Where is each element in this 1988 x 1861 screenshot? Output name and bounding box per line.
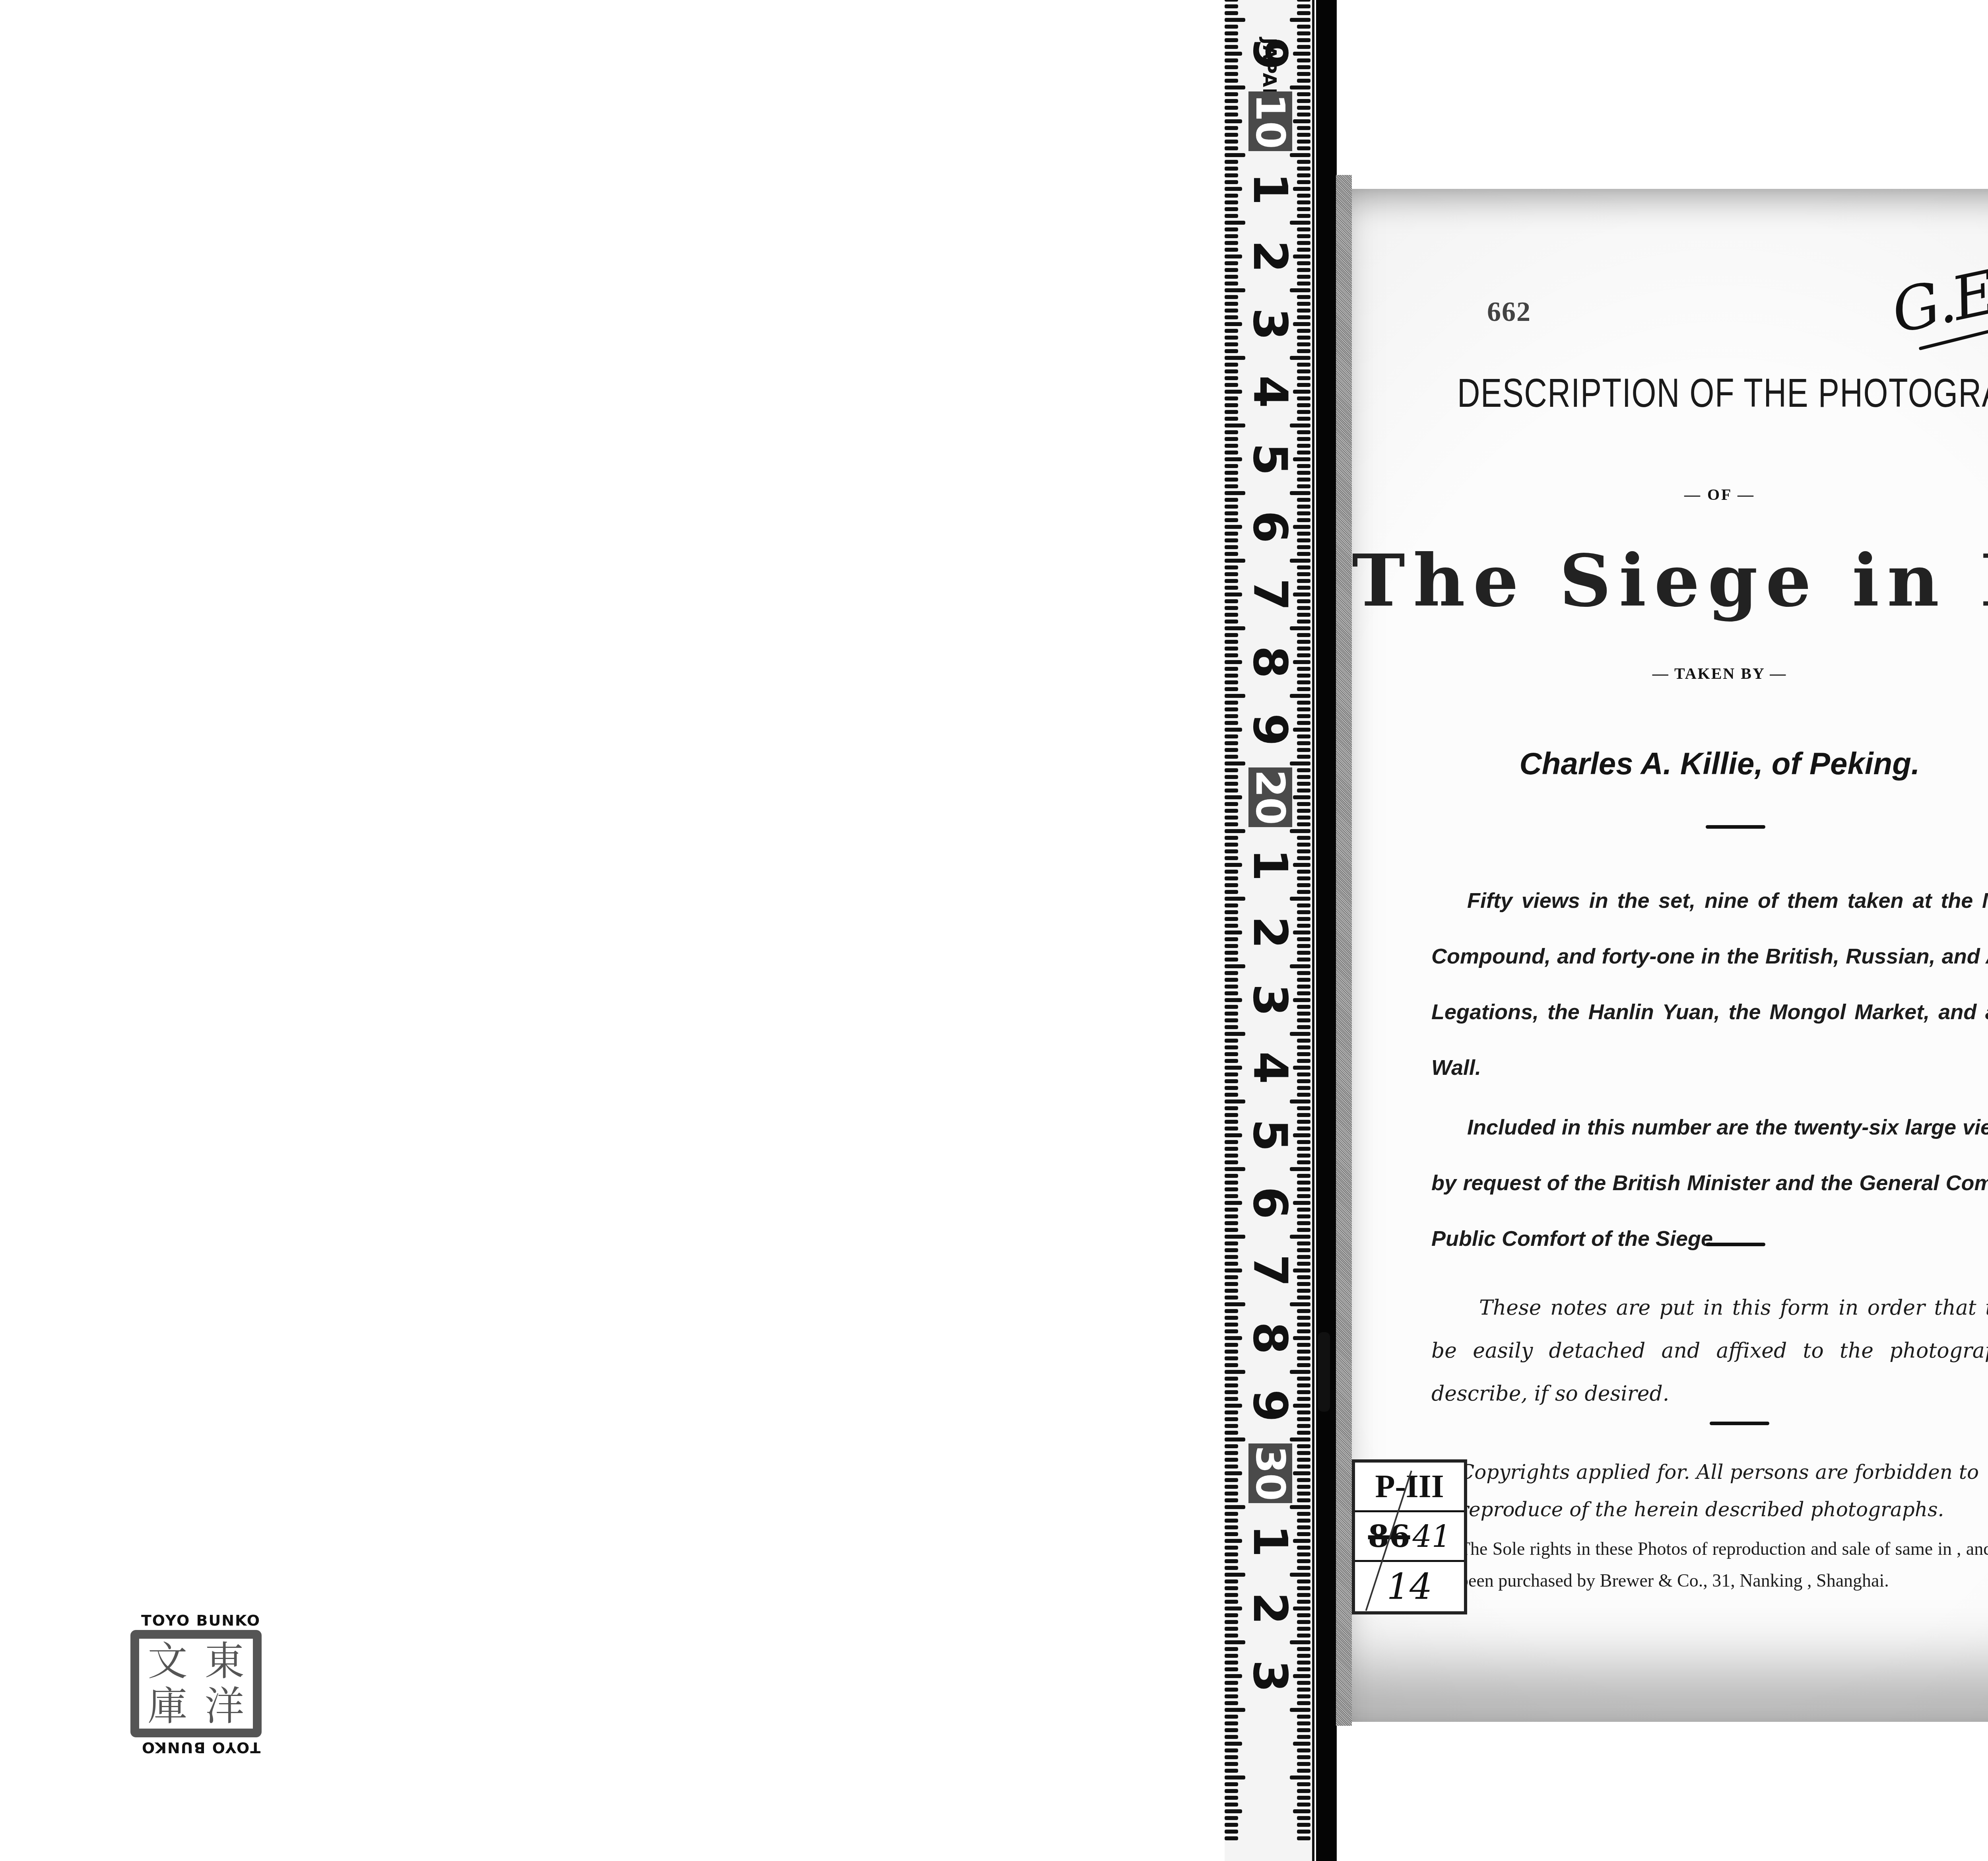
ruler-tick — [1297, 1525, 1310, 1529]
ruler-tick — [1297, 1627, 1310, 1631]
ruler-tick — [1225, 1187, 1238, 1191]
ruler-tick — [1297, 309, 1310, 313]
toyo-bunko-stamp-bottom-left: TOYO BUNKO 文 東 庫 洋 TOYO BUNKO — [127, 1612, 274, 1756]
ruler-tick — [1225, 99, 1238, 103]
ruler-tick — [1297, 1701, 1310, 1705]
ruler-tick — [1297, 451, 1310, 455]
ruler-tick — [1225, 545, 1238, 549]
ruler-tick — [1297, 775, 1310, 779]
ruler-tick — [1225, 1214, 1238, 1218]
ruler-tick — [1297, 680, 1310, 684]
ruler-tick — [1225, 1262, 1238, 1266]
ruler-tick — [1225, 1796, 1238, 1800]
handwritten-signature: G.E. Morrison — [1886, 195, 1988, 347]
ruler-tick — [1225, 1512, 1238, 1516]
ruler-tick — [1225, 430, 1238, 434]
ruler-tick — [1225, 971, 1238, 975]
ruler-tick — [1297, 241, 1310, 245]
ruler-tick — [1225, 1458, 1238, 1462]
ruler-tick — [1225, 1194, 1238, 1198]
ruler-tick — [1225, 836, 1238, 840]
ruler-tick — [1225, 1329, 1238, 1333]
ruler-tick — [1297, 31, 1310, 35]
ruler-tick — [1225, 1201, 1242, 1205]
ruler-tick — [1297, 1796, 1310, 1800]
ruler-tick — [1225, 1735, 1238, 1739]
ruler-tick — [1225, 254, 1242, 258]
ruler-tick — [1225, 802, 1238, 806]
page-heading: DESCRIPTION OF THE PHOTOGRAPHS — [1457, 370, 1988, 416]
ruler-tick — [1225, 221, 1245, 225]
ruler-tick — [1225, 4, 1238, 8]
ruler-tick — [1225, 478, 1238, 482]
ruler-tick — [1225, 1809, 1242, 1813]
ruler-tick — [1225, 1079, 1238, 1083]
ruler-tick — [1297, 822, 1310, 826]
ruler-tick — [1225, 924, 1238, 928]
ruler-tick — [1290, 288, 1310, 292]
ruler-tick — [1297, 25, 1310, 29]
ruler-tick — [1297, 910, 1310, 914]
ruler-tick — [1297, 275, 1310, 279]
ruler-tick — [1225, 620, 1238, 624]
ruler-tick — [1225, 1282, 1238, 1286]
ruler-tick — [1297, 1174, 1310, 1178]
ruler-tick — [1225, 633, 1238, 637]
ruler-tick — [1225, 234, 1238, 238]
ruler-tick — [1225, 11, 1238, 15]
ruler-tick — [1297, 552, 1310, 556]
ruler-tick — [1225, 180, 1238, 184]
ruler-tick — [1225, 1160, 1238, 1164]
ruler-tick — [1225, 207, 1238, 211]
ruler-tick — [1297, 1160, 1310, 1164]
ruler-tick — [1225, 579, 1238, 583]
ruler-tick — [1297, 1762, 1310, 1766]
ruler-tick — [1225, 1708, 1245, 1712]
ruler-tick — [1297, 917, 1310, 921]
ruler-tick — [1297, 511, 1310, 515]
ruler-tick — [1225, 1573, 1245, 1577]
ruler-tick — [1290, 1032, 1310, 1036]
ruler-tick — [1225, 667, 1238, 671]
ruler-tick — [1297, 958, 1310, 962]
description-paragraph: Fifty views in the set, nine of them tak… — [1431, 873, 1988, 1096]
ruler-tick — [1297, 1248, 1310, 1252]
ruler-tick — [1297, 1343, 1310, 1347]
book-spine — [1316, 0, 1337, 1861]
ruler-tick — [1297, 1323, 1310, 1327]
ruler-tick — [1297, 856, 1310, 860]
ruler-tick — [1297, 1728, 1310, 1732]
ruler-tick — [1225, 870, 1238, 874]
ruler-tick — [1225, 532, 1238, 536]
ruler-tick — [1297, 1356, 1310, 1360]
ruler-numeral: 6 — [1248, 505, 1292, 549]
ruler-tick — [1225, 241, 1238, 245]
ruler-tick — [1225, 1823, 1238, 1827]
ruler-tick — [1297, 741, 1310, 745]
ruler-numeral: 1 — [1248, 1519, 1292, 1563]
ruler-tick — [1225, 58, 1238, 62]
ruler-tick — [1225, 390, 1242, 394]
ruler-tick — [1297, 261, 1310, 265]
ruler-tick — [1297, 1803, 1310, 1807]
ruler-tick — [1225, 721, 1238, 725]
ruler-tick — [1225, 1836, 1238, 1840]
ruler-tick — [1225, 599, 1238, 603]
ruler-tick — [1297, 1519, 1310, 1523]
ruler-tick — [1297, 1681, 1310, 1685]
of-separator: — OF — — [1352, 485, 1988, 504]
ruler-tick — [1225, 268, 1238, 272]
ruler-tick — [1297, 586, 1310, 590]
ruler-tick — [1297, 1309, 1310, 1313]
ruler-tick — [1297, 707, 1310, 711]
ruler-tick — [1225, 559, 1245, 563]
ruler-numeral: 8 — [1248, 0, 1292, 8]
ruler-tick — [1297, 1214, 1310, 1218]
ruler-tick — [1297, 1721, 1310, 1725]
ruler-tick — [1297, 876, 1310, 880]
ruler-tick — [1297, 1512, 1310, 1516]
ruler-tick — [1297, 1208, 1310, 1212]
ruler-tick — [1297, 647, 1310, 651]
ruler-numeral: 1 — [1248, 843, 1292, 887]
ruler-tick — [1297, 721, 1310, 725]
ruler-tick — [1297, 1613, 1310, 1617]
ruler-tick — [1297, 1181, 1310, 1185]
taken-by-separator: — TAKEN BY — — [1352, 664, 1988, 683]
ruler-tick — [1297, 613, 1310, 617]
ruler-tick — [1297, 1059, 1310, 1063]
ruler-tick — [1297, 1045, 1310, 1049]
ruler-tick — [1225, 227, 1238, 231]
ruler-tick — [1225, 525, 1242, 529]
stamp-kanji: 洋 — [205, 1686, 245, 1726]
ruler-tick — [1297, 1755, 1310, 1759]
ruler-tick — [1297, 369, 1310, 373]
ruler-tick — [1297, 1228, 1310, 1232]
ruler-tick — [1225, 714, 1238, 718]
ruler-tick — [1225, 72, 1238, 76]
ruler-tick — [1290, 221, 1310, 225]
ruler-tick — [1225, 572, 1238, 576]
ruler-tick — [1225, 1005, 1238, 1009]
ruler-tick — [1297, 349, 1310, 353]
ruler-tick — [1290, 423, 1310, 427]
ruler-tick — [1297, 1661, 1310, 1665]
ruler-tick — [1297, 1579, 1310, 1583]
ruler-tick — [1297, 1566, 1310, 1570]
ruler-tick — [1225, 782, 1238, 786]
ruler-tick — [1225, 1404, 1242, 1408]
ruler-tick — [1297, 1478, 1310, 1482]
ruler-tick — [1225, 369, 1238, 373]
page-edge-shadow — [1336, 175, 1352, 1726]
ruler-tick — [1225, 85, 1245, 89]
ruler-tick — [1297, 1600, 1310, 1604]
paragraph-text: These notes are put in this form in orde… — [1431, 1296, 1988, 1406]
ruler-tick — [1225, 383, 1238, 387]
ruler-tick — [1297, 1451, 1310, 1455]
ruler-tick — [1225, 1127, 1238, 1131]
ruler-tick — [1225, 1674, 1242, 1678]
ruler-tick — [1225, 0, 1238, 2]
ruler-tick — [1297, 1025, 1310, 1029]
ruler-tick — [1297, 599, 1310, 603]
ruler-tick — [1297, 194, 1310, 198]
ruler-tick — [1225, 1525, 1238, 1529]
ruler-tick — [1225, 1769, 1238, 1773]
ruler-tick — [1297, 1255, 1310, 1259]
ruler-tick — [1225, 674, 1238, 678]
ruler-tick — [1225, 1269, 1242, 1272]
ruler-numeral: 2 — [1248, 1587, 1292, 1630]
ruler-tick — [1225, 1586, 1238, 1590]
ruler-tick — [1225, 1390, 1238, 1394]
ruler-numeral: 3 — [1248, 978, 1292, 1022]
ruler-tick — [1225, 1694, 1238, 1698]
ruler-tick — [1297, 802, 1310, 806]
ruler-tick — [1297, 437, 1310, 441]
ruler-tick — [1297, 1465, 1310, 1469]
ruler-tick — [1297, 1012, 1310, 1016]
ruler-tick — [1225, 133, 1238, 137]
ruler-tick — [1225, 1296, 1238, 1300]
ruler-numeral: 9 — [1248, 1384, 1292, 1428]
ruler-tick — [1225, 951, 1238, 955]
ruler-numeral: 4 — [1248, 1046, 1292, 1090]
ruler-tick — [1297, 65, 1310, 69]
ruler-tick — [1297, 1417, 1310, 1421]
ruler-numeral: 1 — [1248, 167, 1292, 211]
ruler-tick — [1225, 1776, 1245, 1779]
ruler-tick — [1297, 1194, 1310, 1198]
ruler-tick — [1297, 1688, 1310, 1692]
ruler-tick — [1297, 748, 1310, 752]
ruler-tick — [1225, 816, 1238, 820]
ruler-tick — [1225, 728, 1242, 732]
ruler-tick — [1297, 701, 1310, 705]
ruler-tick — [1225, 761, 1245, 765]
ruler-tick — [1225, 1140, 1238, 1144]
ruler-tick — [1290, 761, 1310, 765]
ruler-tick — [1297, 545, 1310, 549]
ruler-tick — [1225, 538, 1238, 542]
ruler-tick — [1297, 1647, 1310, 1651]
ruler-tick — [1297, 227, 1310, 231]
ruler-tick — [1225, 1519, 1238, 1523]
ruler-tick — [1225, 606, 1238, 610]
ruler-tick — [1297, 1694, 1310, 1698]
ruler-tick — [1225, 444, 1238, 448]
ruler-tick — [1225, 1336, 1242, 1340]
ruler-tick — [1297, 755, 1310, 759]
ruler-tick — [1290, 897, 1310, 901]
ruler-tick — [1297, 1593, 1310, 1597]
ruler-tick — [1297, 640, 1310, 644]
ruler-tick — [1297, 1782, 1310, 1786]
ruler-tick — [1290, 85, 1310, 89]
ruler-tick — [1225, 1620, 1238, 1624]
ruler-tick — [1225, 45, 1238, 49]
ruler-tick — [1225, 1600, 1238, 1604]
ruler-numeral: 9 — [1248, 708, 1292, 752]
ruler-tick — [1297, 1559, 1310, 1563]
ruler-tick — [1225, 336, 1238, 340]
ruler-tick — [1297, 383, 1310, 387]
ruler-tick — [1225, 1721, 1238, 1725]
ruler-tick — [1225, 288, 1245, 292]
ruler-tick — [1225, 1552, 1238, 1556]
ruler-tick — [1225, 518, 1238, 522]
ruler-tick — [1225, 119, 1242, 123]
stamp-kanji: 文 — [148, 1641, 188, 1681]
ruler-tick — [1297, 1836, 1310, 1840]
ruler-tick — [1225, 92, 1238, 96]
ruler-tick — [1225, 660, 1242, 664]
ruler-tick — [1225, 1593, 1238, 1597]
ruler-tick — [1297, 1275, 1310, 1279]
ruler-tick — [1225, 194, 1238, 198]
measuring-ruler: JAPAN 89101234567892012345678930123 — [1225, 0, 1314, 1861]
ruler-tick — [1225, 437, 1238, 441]
ruler-tick — [1297, 1154, 1310, 1158]
ruler-tick — [1297, 870, 1310, 874]
ruler-tick — [1297, 518, 1310, 522]
ruler-tick — [1225, 363, 1238, 367]
ruler-tick — [1297, 1492, 1310, 1496]
ruler-tick — [1297, 809, 1310, 813]
ruler-tick — [1225, 113, 1238, 117]
ruler-tick — [1225, 586, 1238, 590]
ruler-tick — [1225, 1539, 1242, 1543]
section-rule — [1706, 825, 1765, 829]
ruler-tick — [1225, 1377, 1238, 1381]
ruler-tick — [1225, 491, 1245, 495]
ruler-tick — [1297, 849, 1310, 853]
ruler-tick — [1290, 18, 1310, 22]
ruler-tick — [1225, 843, 1238, 847]
ruler-tick — [1225, 998, 1242, 1002]
ruler-tick — [1297, 572, 1310, 576]
item-number: 14 — [1355, 1562, 1464, 1612]
ruler-tick — [1225, 38, 1238, 42]
ruler-tick — [1225, 1370, 1245, 1374]
ruler-tick — [1225, 917, 1238, 921]
ruler-tick — [1297, 1113, 1310, 1117]
ruler-tick — [1225, 1235, 1245, 1239]
catalog-number: 662 — [1487, 296, 1531, 328]
ruler-numeral: 3 — [1248, 302, 1292, 346]
ruler-tick — [1297, 1410, 1310, 1414]
ruler-tick — [1225, 1566, 1238, 1570]
ruler-tick — [1297, 1262, 1310, 1266]
ruler-tick — [1225, 315, 1238, 319]
ruler-tick — [1297, 173, 1310, 177]
ruler-tick — [1297, 1789, 1310, 1793]
ruler-tick — [1225, 396, 1238, 400]
section-rule — [1706, 1243, 1765, 1246]
ruler-tick — [1297, 1350, 1310, 1354]
ruler-tick — [1225, 1654, 1238, 1658]
ruler-tick — [1225, 200, 1238, 204]
ruler-numeral: 2 — [1248, 235, 1292, 278]
stamp-caption: TOYO BUNKO — [127, 1612, 274, 1628]
ruler-tick — [1225, 1681, 1238, 1685]
ruler-tick — [1225, 1465, 1238, 1469]
ruler-tick — [1225, 79, 1238, 83]
ruler-tick — [1297, 951, 1310, 955]
ruler-tick — [1297, 11, 1310, 15]
ruler-tick — [1225, 484, 1238, 488]
ruler-tick — [1297, 106, 1310, 110]
ruler-tick — [1225, 1228, 1238, 1232]
ruler-tick — [1225, 295, 1238, 299]
ruler-tick — [1297, 1620, 1310, 1624]
ruler-tick — [1225, 329, 1238, 333]
ruler-tick — [1225, 863, 1242, 867]
ruler-tick — [1297, 1769, 1310, 1773]
ruler-tick — [1297, 417, 1310, 421]
ruler-tick — [1297, 444, 1310, 448]
ruler-tick — [1297, 890, 1310, 894]
ruler-tick — [1297, 471, 1310, 475]
ruler-numeral: 7 — [1248, 573, 1292, 616]
library-shelf-label: P-III 86 41 14 — [1352, 1459, 1467, 1614]
ruler-tick — [1297, 1241, 1310, 1245]
ruler-tick — [1297, 836, 1310, 840]
ruler-numeral: 6 — [1248, 1181, 1292, 1225]
ruler-tick — [1225, 25, 1238, 29]
ruler-tick — [1225, 991, 1238, 995]
ruler-tick — [1225, 1438, 1245, 1441]
ruler-tick — [1293, 795, 1310, 799]
ruler-tick — [1297, 565, 1310, 569]
ruler-tick — [1297, 180, 1310, 184]
ruler-tick — [1297, 396, 1310, 400]
ruler-tick — [1225, 1424, 1238, 1428]
ruler-tick — [1297, 843, 1310, 847]
ruler-tick — [1297, 579, 1310, 583]
ruler-tick — [1225, 701, 1238, 705]
ruler-tick — [1290, 1100, 1310, 1103]
ruler-tick — [1225, 1478, 1238, 1482]
ruler-tick — [1225, 214, 1238, 218]
ruler-tick — [1225, 282, 1238, 286]
ruler-tick — [1297, 4, 1310, 8]
ruler-tick — [1225, 1688, 1238, 1692]
ruler-tick — [1225, 1559, 1238, 1563]
ruler-tick — [1297, 633, 1310, 637]
ruler-tick — [1225, 755, 1238, 759]
ruler-tick — [1225, 1072, 1238, 1076]
ruler-tick — [1225, 1647, 1238, 1651]
ruler-tick — [1297, 505, 1310, 509]
ruler-tick — [1297, 768, 1310, 772]
ruler-tick — [1225, 1728, 1238, 1732]
ruler-tick — [1297, 1485, 1310, 1489]
ruler-tick — [1290, 153, 1310, 157]
ruler-tick — [1225, 829, 1245, 833]
copyright-notice: Copyrights applied for. All persons are … — [1459, 1453, 1988, 1528]
ruler-tick — [1225, 1816, 1238, 1820]
ruler-tick — [1225, 897, 1245, 901]
ruler-tick — [1225, 958, 1238, 962]
ruler-tick — [1293, 1742, 1310, 1746]
ruler-tick — [1225, 1120, 1238, 1124]
